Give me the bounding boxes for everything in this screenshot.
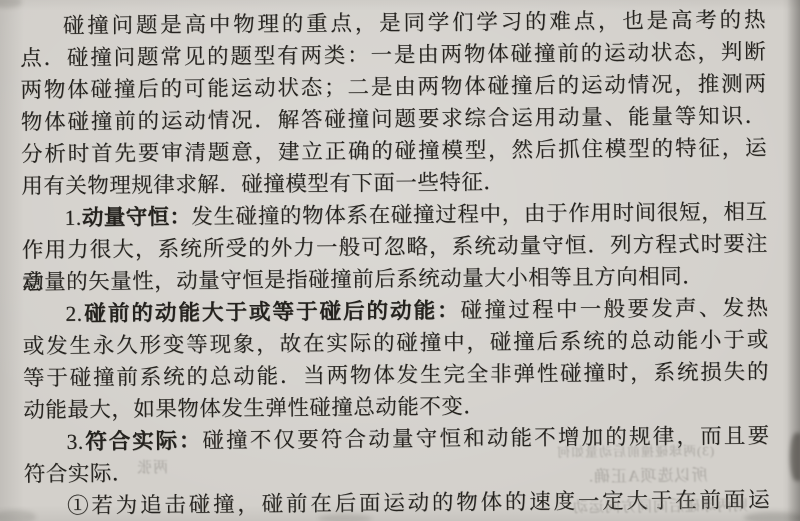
text-line: 等于碰撞前系统的总动能．当两物体发生完全非弹性碰撞时，系统损失的: [23, 356, 769, 395]
text-segment: 符合实际．: [24, 461, 134, 486]
text-segment: 动量的矢量性，动量守恒是指碰撞前后系统动量大小相等且方向相同．: [22, 264, 704, 294]
scanned-page: 碰撞问题是高中物理的重点，是同学们学习的难点，也是高考的热点．碰撞问题常见的题型…: [0, 0, 800, 521]
text-segment: 点．碰撞问题常见的题型有两类：一是由两物体碰撞前的运动状态，判断: [20, 40, 766, 71]
text-segment: 分析时首先要审清题意，建立正确的碰撞模型，然后抓住模型的特征，运: [21, 136, 767, 167]
text-line: 分析时首先要审清题意，建立正确的碰撞模型，然后抓住模型的特征，运: [21, 132, 767, 171]
scan-edge-blotch: [790, 433, 800, 481]
bleedthrough-text: 所以选项A正确.: [588, 462, 708, 486]
text-segment: 物体碰撞前的运动情况．解答碰撞问题要求综合运用动量、能量等知识．: [21, 104, 767, 135]
bleedthrough-text: 两张: [136, 456, 168, 477]
scan-smudge: [744, 512, 800, 521]
text-segment: 用有关物理规律求解．碰撞模型有下面一些特征．: [21, 170, 505, 198]
text-segment: 2.: [65, 302, 82, 326]
text-segment: 两物体碰撞后的可能运动状态；二是由两物体碰撞后的运动情况，推测两: [20, 72, 766, 103]
text-segment: 碰撞过程中一般要发声、发热: [461, 296, 769, 323]
text-segment: 碰撞问题是高中物理的重点，是同学们学习的难点，也是高考的热: [63, 8, 766, 38]
bold-term: 动量守恒：: [82, 205, 192, 230]
text-segment: 1.: [64, 206, 81, 230]
text-segment: 动能最大，如果物体发生弹性碰撞总动能不变．: [23, 394, 485, 422]
scan-smudge: [0, 0, 22, 8]
bold-term: 符合实际：: [84, 429, 203, 454]
text-segment: 发生碰撞的物体系在碰撞过程中，由于作用时间很短，相互: [191, 200, 768, 229]
bleedthrough-text: 则两球碰后向同方向运动: [572, 494, 748, 517]
bleedthrough-text: (3)两球碰撞前后动量如何: [556, 440, 714, 461]
text-segment: 3.: [66, 430, 83, 454]
text-segment: 等于碰撞前系统的总动能．当两物体发生完全非弹性碰撞时，系统损失的: [23, 360, 769, 391]
scan-smudge: [0, 510, 36, 521]
text-segment: 或发生永久形变等现象，故在实际的碰撞中，碰撞后系统的总动能小于或: [23, 328, 769, 359]
bold-term: 碰前的动能大于或等于碰后的动能：: [82, 298, 460, 325]
scan-smudge: [318, 514, 372, 521]
